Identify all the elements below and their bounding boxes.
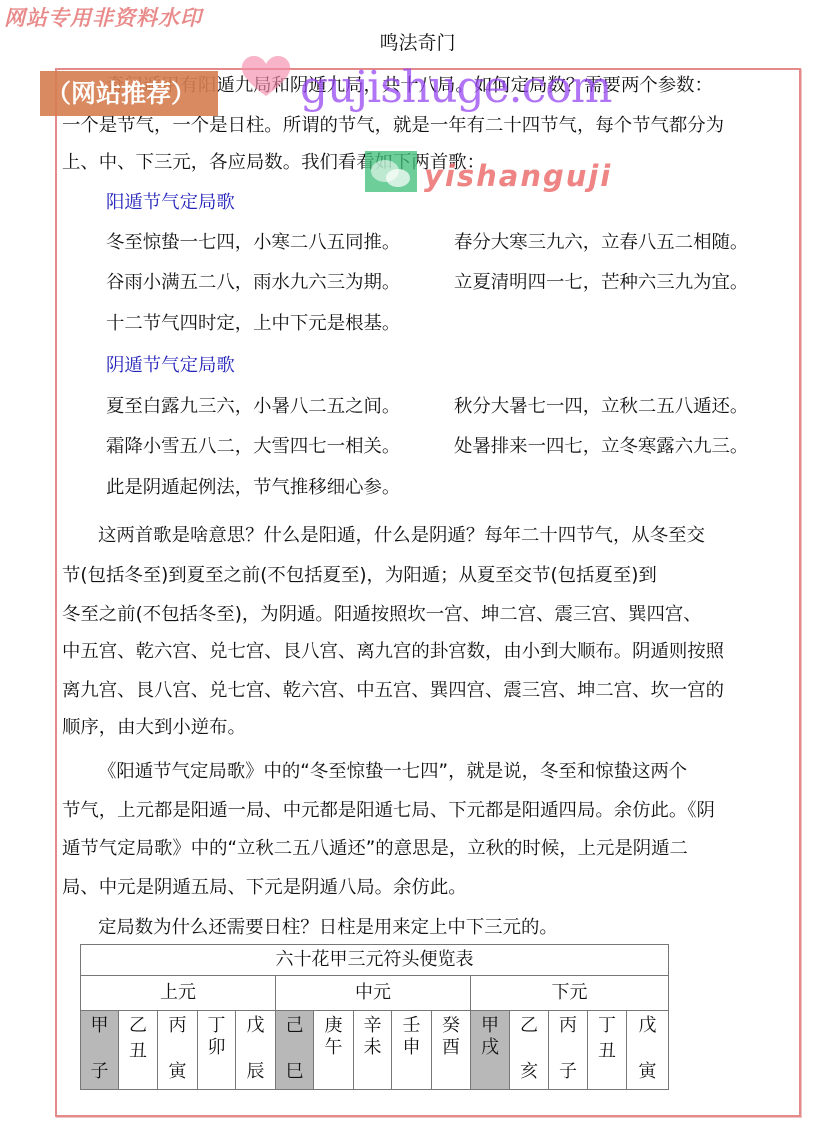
text-line: 节气，上元都是阳遁一局、中元都是阳遁七局、下元都是阳遁四局。余仿此。《阴 [62,797,715,825]
stem-char: 戊 [236,1015,275,1037]
stem-char: 丙 [549,1015,587,1037]
song-line: 秋分大暑七一四，立秋二五八遁还。 [454,393,748,421]
group-header-middle: 中元 [276,976,471,1011]
branch-char: 子 [81,1061,118,1083]
stem-char: 乙 [119,1015,157,1037]
wechat-icon [365,151,417,192]
ganzhi-cell: 甲戌 [471,1011,510,1090]
song-line: 冬至惊蛰一七四，小寒二八五同推。 [106,229,400,257]
ganzhi-cell: 戊辰 [236,1011,276,1090]
branch-char: 未 [354,1037,391,1059]
stem-char: 癸 [432,1015,470,1037]
song-line: 十二节气四时定，上中下元是根基。 [106,310,400,338]
page-title: 鸣法奇门 [0,28,819,55]
stem-char: 丁 [198,1015,235,1037]
ganzhi-cell: 甲子 [81,1011,119,1090]
text-line: 局、中元是阴遁五局、下元是阴遁八局。余仿此。 [62,874,467,902]
song-line: 处暑排来一四七，立冬寒露六九三。 [454,433,748,461]
branch-char: 巳 [276,1061,313,1083]
group-header-upper: 上元 [81,976,276,1011]
song-line: 谷雨小满五二八，雨水九六三为期。 [106,269,400,297]
watermark-brand: yishanguji [424,160,612,192]
branch-char: 酉 [432,1037,470,1059]
branch-char: 亥 [510,1061,548,1083]
stem-char: 辛 [354,1015,391,1037]
stem-char: 乙 [510,1015,548,1037]
stem-char: 己 [276,1015,313,1037]
ganzhi-cell: 己巳 [276,1011,314,1090]
branch-char: 戌 [471,1037,509,1059]
branch-char: 寅 [158,1061,197,1083]
song-line: 此是阴遁起例法，节气推移细心参。 [106,474,400,502]
ganzhi-cell: 庚午 [314,1011,354,1090]
song-line: 立夏清明四一七，芒种六三九为宜。 [454,269,748,297]
text-line: 中五宫、乾六宫、兑七宫、艮八宫、离九宫的卦宫数，由小到大顺布。阴遁则按照 [62,638,724,666]
branch-char: 辰 [236,1061,275,1083]
text-line: 定局数为什么还需要日柱？日柱是用来定上中下三元的。 [98,914,558,942]
song-line: 夏至白露九三六，小暑八二五之间。 [106,393,400,421]
stem-char: 庚 [314,1015,353,1037]
branch-char: 卯 [198,1037,235,1059]
text-line: 节(包括冬至)到夏至之前(不包括夏至)，为阳遁；从夏至交节(包括夏至)到 [62,562,657,590]
ganzhi-cell: 丙寅 [158,1011,198,1090]
ganzhi-cell: 乙丑 [119,1011,158,1090]
branch-char: 午 [314,1037,353,1059]
branch-char: 寅 [627,1061,668,1083]
watermark-badge: （网站推荐） [40,71,218,116]
branch-char: 子 [549,1061,587,1083]
stem-char: 丙 [158,1015,197,1037]
stem-char: 丁 [588,1015,626,1037]
text-line: 离九宫、艮八宫、兑七宫、乾六宫、中五宫、巽四宫、震三宫、坤二宫、坎一宫的 [62,677,724,705]
yang-song-title: 阳遁节气定局歌 [106,189,235,217]
yin-song-title: 阴遁节气定局歌 [106,352,235,380]
branch-char: 丑 [588,1041,626,1063]
text-line: 遁节气定局歌》中的“立秋二五八遁还”的意思是，立秋的时候，上元是阴遁二 [62,835,688,863]
ganzhi-cell: 丙子 [549,1011,588,1090]
text-line: 《阳遁节气定局歌》中的“冬至惊蛰一七四”，就是说，冬至和惊蛰这两个 [98,758,687,786]
heart-icon [236,52,296,98]
text-line: 这两首歌是啥意思？什么是阳遁，什么是阴遁？每年二十四节气，从冬至交 [98,522,705,550]
ganzhi-cell: 壬申 [392,1011,432,1090]
ganzhi-cell: 乙亥 [510,1011,549,1090]
stem-char: 甲 [81,1015,118,1037]
group-header-lower: 下元 [471,976,669,1011]
song-line: 春分大寒三九六，立春八五二相随。 [454,229,748,257]
ganzhi-cell: 丁卯 [198,1011,236,1090]
watermark-site-url: gujishuge.com [300,66,612,110]
branch-char: 申 [392,1037,431,1059]
ganzhi-cell: 丁丑 [588,1011,627,1090]
song-line: 霜降小雪五八二，大雪四七一相关。 [106,433,400,461]
branch-char: 丑 [119,1041,157,1063]
sexagenary-table: 六十花甲三元符头便览表 上元 中元 下元 甲子乙丑丙寅丁卯戊辰己巳庚午辛未壬申癸… [80,944,669,1090]
text-line: 一个是节气，一个是日柱。所谓的节气，就是一年有二十四节气，每个节气都分为 [62,112,724,140]
ganzhi-cell: 辛未 [354,1011,392,1090]
ganzhi-cell: 癸酉 [432,1011,471,1090]
text-line: 冬至之前(不包括冬至)，为阴遁。阳遁按照坎一宫、坤二宫、震三宫、巽四宫、 [62,601,702,629]
stem-char: 壬 [392,1015,431,1037]
text-line: 顺序，由大到小逆布。 [62,714,246,742]
table-caption: 六十花甲三元符头便览表 [81,945,669,976]
stem-char: 戊 [627,1015,668,1037]
ganzhi-cell: 戊寅 [627,1011,669,1090]
stem-char: 甲 [471,1015,509,1037]
text-line: 上、中、下三元，各应局数。我们看看如下两首歌： [62,149,485,177]
